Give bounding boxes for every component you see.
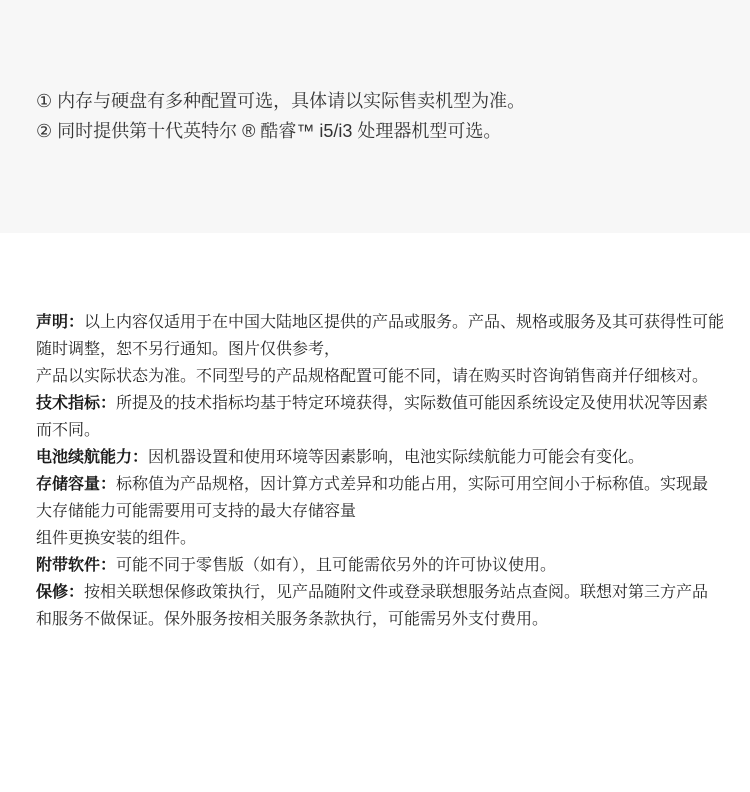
paragraph-line: 声明：以上内容仅适用于在中国大陆地区提供的产品或服务。产品、规格或服务及其可获得… — [36, 309, 720, 336]
paragraph-line: 而不同。 — [36, 417, 720, 444]
paragraph-label: 技术指标： — [36, 395, 116, 412]
paragraph-line: 组件更换安装的组件。 — [36, 525, 720, 552]
paragraph-text: 以上内容仅适用于在中国大陆地区提供的产品或服务。产品、规格或服务及其可获得性可能 — [84, 314, 724, 331]
page: { "page": { "background": "#ffffff", "fo… — [0, 0, 750, 792]
paragraph-line: 附带软件：可能不同于零售版（如有），且可能需依另外的许可协议使用。 — [36, 552, 720, 579]
disclaimer-section: 声明：以上内容仅适用于在中国大陆地区提供的产品或服务。产品、规格或服务及其可获得… — [0, 233, 750, 633]
paragraph-line: 电池续航能力：因机器设置和使用环境等因素影响，电池实际续航能力可能会有变化。 — [36, 444, 720, 471]
paragraph-label: 附带软件： — [36, 557, 116, 574]
paragraph-storage-capacity: 存储容量：标称值为产品规格，因计算方式差异和功能占用，实际可用空间小于标称值。实… — [36, 471, 720, 552]
paragraph-line: 保修：按相关联想保修政策执行，见产品随附文件或登录联想服务站点查阅。联想对第三方… — [36, 579, 720, 606]
paragraph-line: 技术指标：所提及的技术指标均基于特定环境获得，实际数值可能因系统设定及使用状况等… — [36, 390, 720, 417]
paragraph-battery-life: 电池续航能力：因机器设置和使用环境等因素影响，电池实际续航能力可能会有变化。 — [36, 444, 720, 471]
paragraph-label: 存储容量： — [36, 476, 116, 493]
paragraph-statement: 声明：以上内容仅适用于在中国大陆地区提供的产品或服务。产品、规格或服务及其可获得… — [36, 309, 720, 390]
footnote-memory-config: ① 内存与硬盘有多种配置可选，具体请以实际售卖机型为准。 — [36, 86, 720, 116]
footnote-intel-cpu-option: ② 同时提供第十代英特尔 ® 酷睿™ i5/i3 处理器机型可选。 — [36, 116, 720, 146]
paragraph-text: 标称值为产品规格，因计算方式差异和功能占用，实际可用空间小于标称值。实现最 — [116, 476, 708, 493]
paragraph-label: 保修： — [36, 584, 84, 601]
paragraph-label: 电池续航能力： — [36, 449, 148, 466]
paragraph-text: 所提及的技术指标均基于特定环境获得，实际数值可能因系统设定及使用状况等因素 — [116, 395, 708, 412]
paragraph-tech-specs: 技术指标：所提及的技术指标均基于特定环境获得，实际数值可能因系统设定及使用状况等… — [36, 390, 720, 444]
paragraph-warranty: 保修：按相关联想保修政策执行，见产品随附文件或登录联想服务站点查阅。联想对第三方… — [36, 579, 720, 633]
paragraph-bundled-software: 附带软件：可能不同于零售版（如有），且可能需依另外的许可协议使用。 — [36, 552, 720, 579]
paragraph-text: 可能不同于零售版（如有），且可能需依另外的许可协议使用。 — [116, 557, 556, 574]
paragraph-line: 存储容量：标称值为产品规格，因计算方式差异和功能占用，实际可用空间小于标称值。实… — [36, 471, 720, 498]
paragraph-line: 产品以实际状态为准。不同型号的产品规格配置可能不同，请在购买时咨询销售商并仔细核… — [36, 363, 720, 390]
paragraph-label: 声明： — [36, 314, 84, 331]
paragraph-line: 随时调整，恕不另行通知。图片仅供参考， — [36, 336, 720, 363]
paragraph-line: 和服务不做保证。保外服务按相关服务条款执行，可能需另外支付费用。 — [36, 606, 720, 633]
paragraph-text: 因机器设置和使用环境等因素影响，电池实际续航能力可能会有变化。 — [148, 449, 644, 466]
paragraph-line: 大存储能力可能需要用可支持的最大存储容量 — [36, 498, 720, 525]
footnotes-section: ① 内存与硬盘有多种配置可选，具体请以实际售卖机型为准。 ② 同时提供第十代英特… — [0, 0, 750, 233]
paragraph-text: 按相关联想保修政策执行，见产品随附文件或登录联想服务站点查阅。联想对第三方产品 — [84, 584, 708, 601]
